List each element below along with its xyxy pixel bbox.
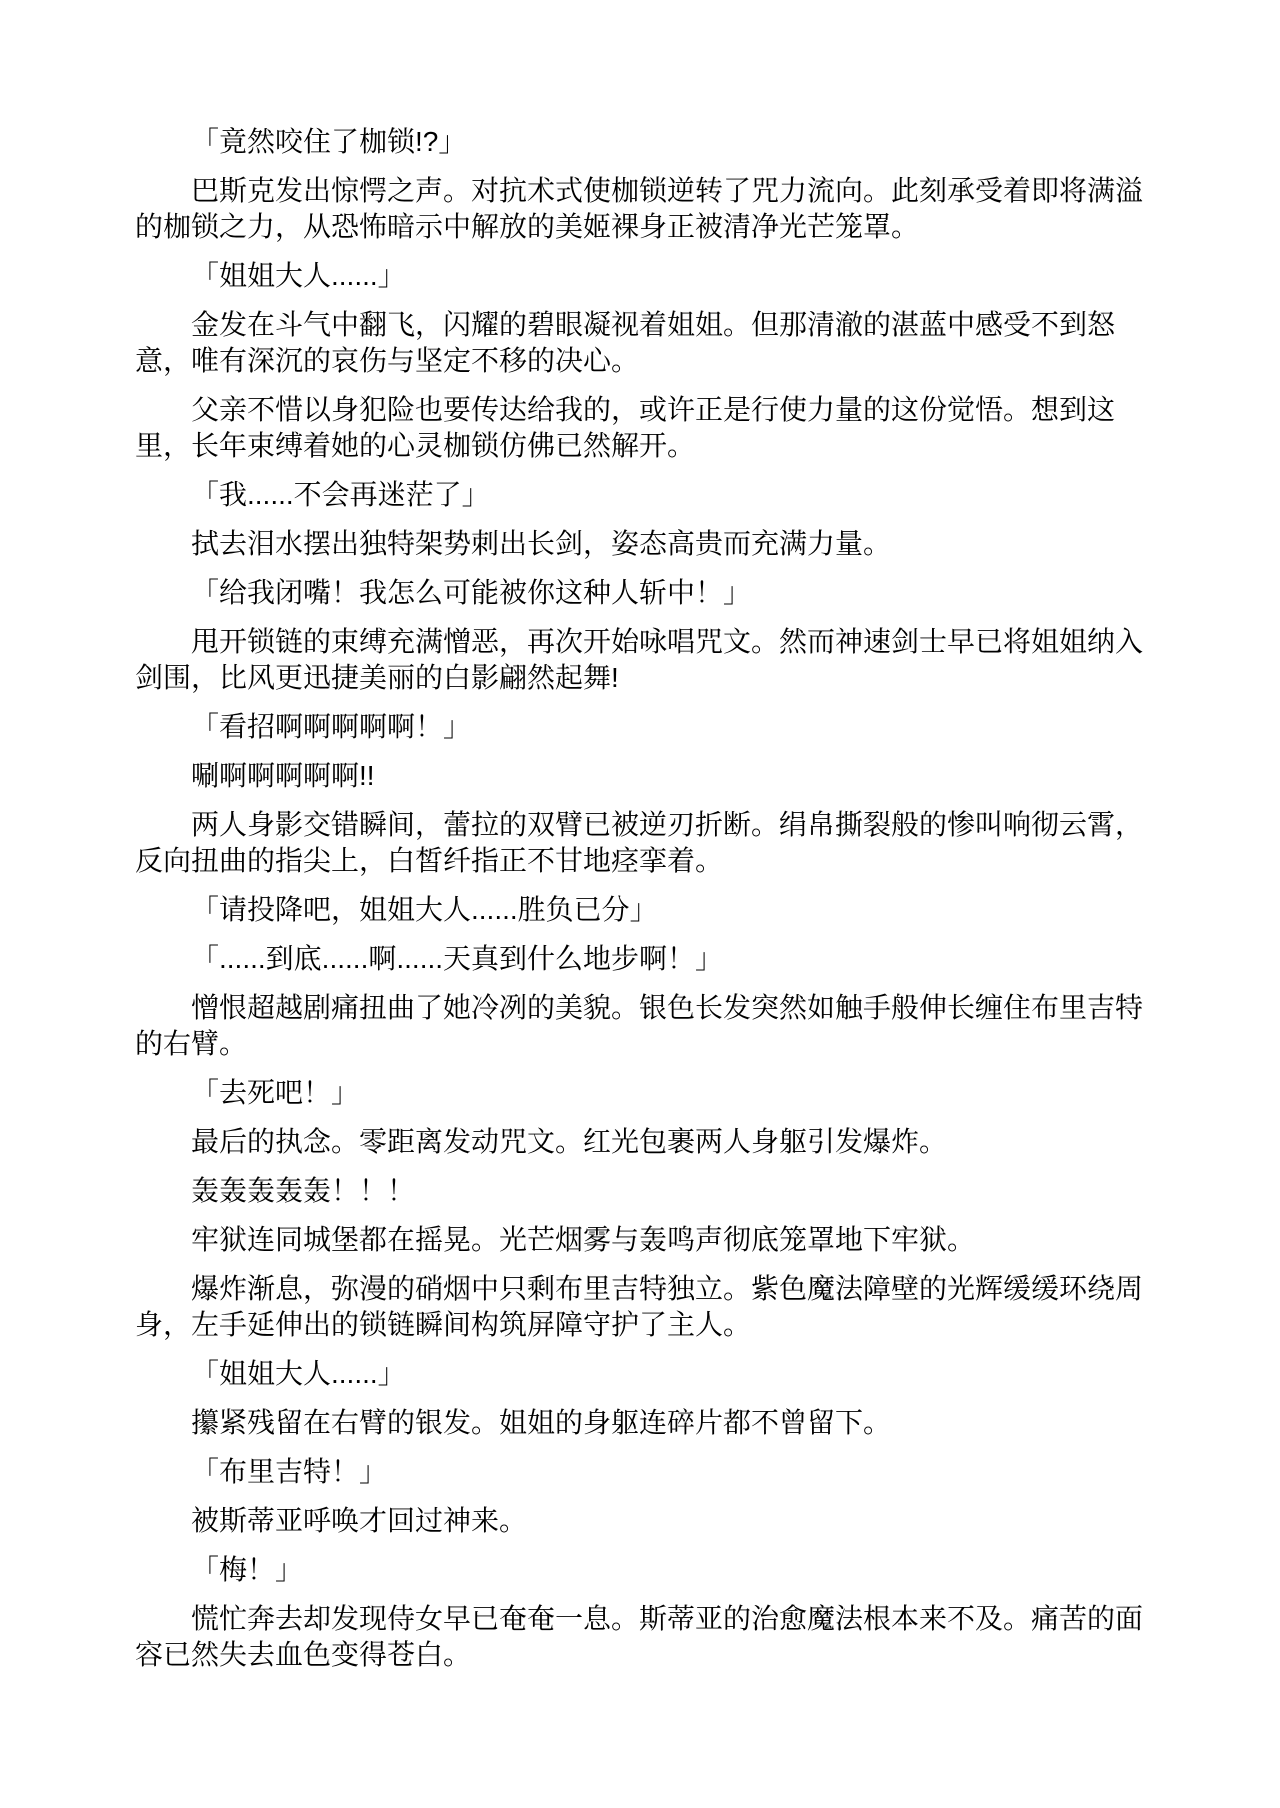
paragraph: 「我......不会再迷茫了」	[135, 477, 1146, 513]
novel-text-body: 「竟然咬住了枷锁!?」巴斯克发出惊愕之声。对抗术式使枷锁逆转了咒力流向。此刻承受…	[135, 124, 1146, 1673]
paragraph: 「竟然咬住了枷锁!?」	[135, 124, 1146, 160]
paragraph: 「去死吧！」	[135, 1075, 1146, 1111]
paragraph: 父亲不惜以身犯险也要传达给我的，或许正是行使力量的这份觉悟。想到这里，长年束缚着…	[135, 392, 1146, 464]
paragraph: 「梅！」	[135, 1552, 1146, 1588]
paragraph: 最后的执念。零距离发动咒文。红光包裹两人身躯引发爆炸。	[135, 1124, 1146, 1160]
paragraph: 拭去泪水摆出独特架势刺出长剑，姿态高贵而充满力量。	[135, 526, 1146, 562]
paragraph: 憎恨超越剧痛扭曲了她冷冽的美貌。银色长发突然如触手般伸长缠住布里吉特的右臂。	[135, 990, 1146, 1062]
paragraph: 甩开锁链的束缚充满憎恶，再次开始咏唱咒文。然而神速剑士早已将姐姐纳入剑围，比风更…	[135, 624, 1146, 696]
paragraph: 「请投降吧，姐姐大人......胜负已分」	[135, 892, 1146, 928]
paragraph: 「布里吉特！」	[135, 1454, 1146, 1490]
paragraph: 爆炸渐息，弥漫的硝烟中只剩布里吉特独立。紫色魔法障壁的光辉缓缓环绕周身，左手延伸…	[135, 1271, 1146, 1343]
paragraph: 两人身影交错瞬间，蕾拉的双臂已被逆刃折断。绢帛撕裂般的惨叫响彻云霄，反向扭曲的指…	[135, 807, 1146, 879]
paragraph: 金发在斗气中翻飞，闪耀的碧眼凝视着姐姐。但那清澈的湛蓝中感受不到怒意，唯有深沉的…	[135, 307, 1146, 379]
paragraph: 轰轰轰轰轰！！！	[135, 1173, 1146, 1209]
paragraph: 「给我闭嘴！我怎么可能被你这种人斩中！」	[135, 575, 1146, 611]
paragraph: 唰啊啊啊啊啊!!	[135, 758, 1146, 794]
paragraph: 巴斯克发出惊愕之声。对抗术式使枷锁逆转了咒力流向。此刻承受着即将满溢的枷锁之力，…	[135, 173, 1146, 245]
paragraph: 「......到底......啊......天真到什么地步啊！」	[135, 941, 1146, 977]
paragraph: 攥紧残留在右臂的银发。姐姐的身躯连碎片都不曾留下。	[135, 1405, 1146, 1441]
paragraph: 「姐姐大人......」	[135, 258, 1146, 294]
paragraph: 牢狱连同城堡都在摇晃。光芒烟雾与轰鸣声彻底笼罩地下牢狱。	[135, 1222, 1146, 1258]
document-page: 「竟然咬住了枷锁!?」巴斯克发出惊愕之声。对抗术式使枷锁逆转了咒力流向。此刻承受…	[0, 0, 1280, 1808]
paragraph: 被斯蒂亚呼唤才回过神来。	[135, 1503, 1146, 1539]
paragraph: 「姐姐大人......」	[135, 1356, 1146, 1392]
paragraph: 慌忙奔去却发现侍女早已奄奄一息。斯蒂亚的治愈魔法根本来不及。痛苦的面容已然失去血…	[135, 1601, 1146, 1673]
paragraph: 「看招啊啊啊啊啊！」	[135, 709, 1146, 745]
